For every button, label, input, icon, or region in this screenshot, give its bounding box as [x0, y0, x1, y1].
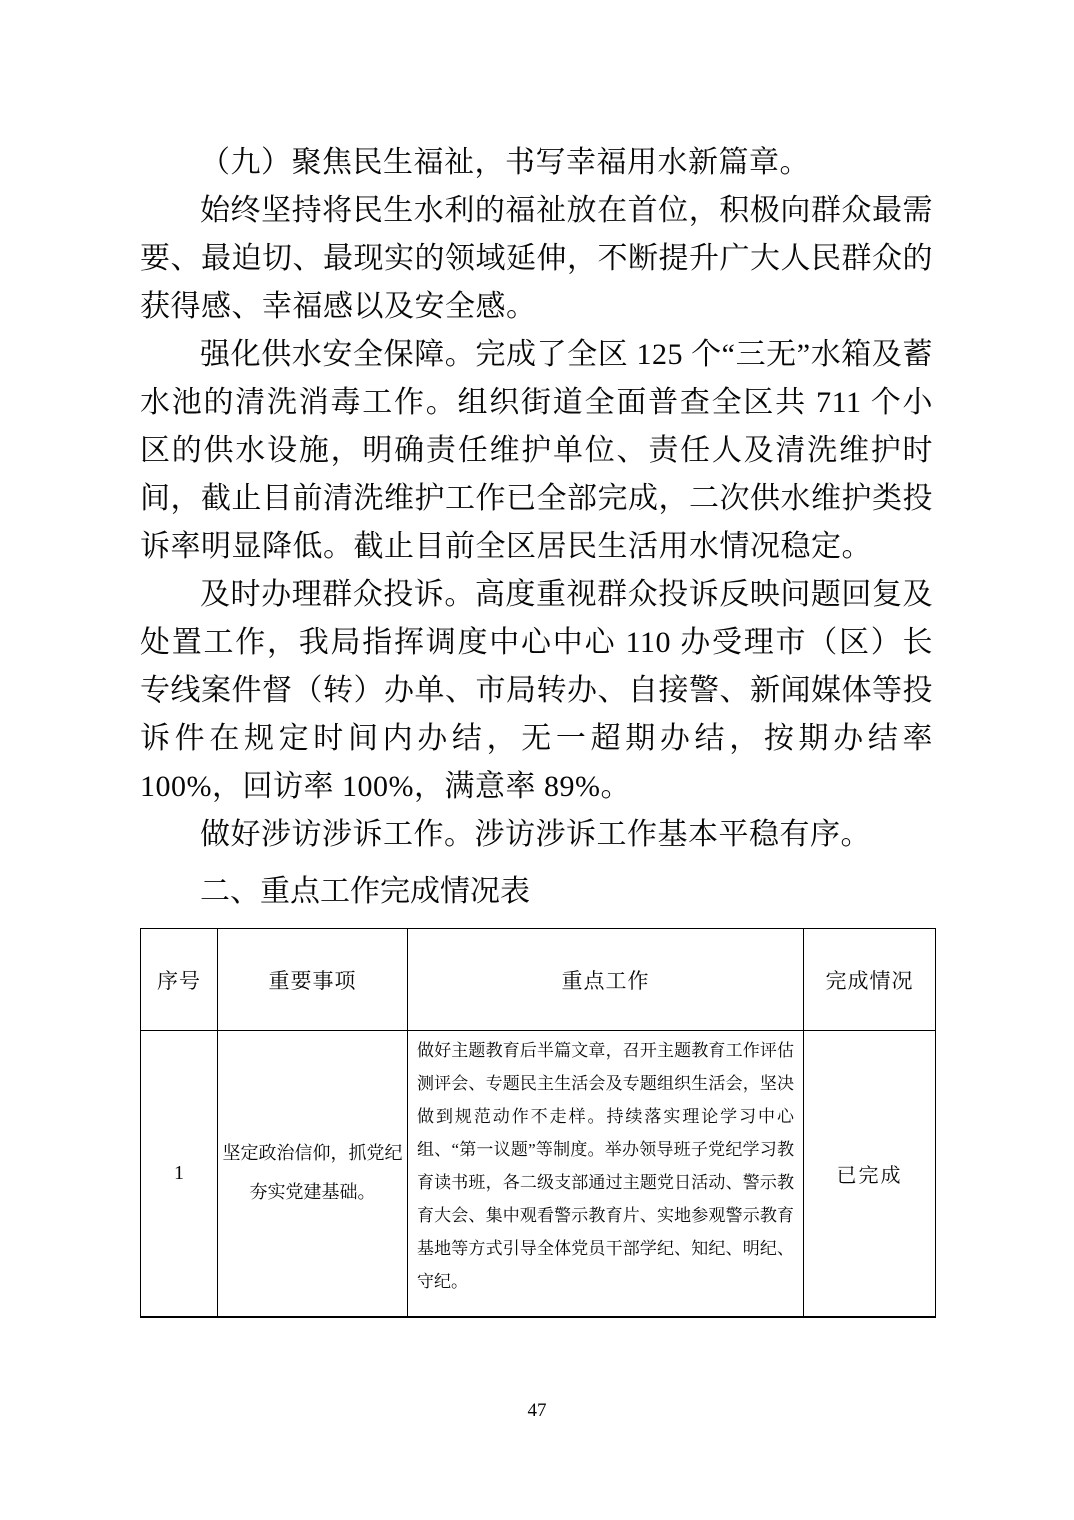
- section-heading-key-work-table: 二、重点工作完成情况表: [140, 868, 933, 916]
- paragraph-livelihood-commitment: 始终坚持将民生水利的福祉放在首位，积极向群众最需要、最迫切、最现实的领域延伸，不…: [140, 187, 933, 331]
- document-content: （九）聚焦民生福祉，书写幸福用水新篇章。 始终坚持将民生水利的福祉放在首位，积极…: [140, 139, 933, 1318]
- column-header-completion-status: 完成情况: [804, 929, 936, 1031]
- column-header-key-work: 重点工作: [408, 929, 804, 1031]
- page-number: 47: [0, 1400, 1074, 1422]
- paragraph-section-9-heading: （九）聚焦民生福祉，书写幸福用水新篇章。: [140, 139, 933, 187]
- key-work-completion-table: 序号 重要事项 重点工作 完成情况 1 坚定政治信仰，抓党纪夯实党建基础。 做好…: [140, 928, 936, 1318]
- paragraph-complaint-handling: 及时办理群众投诉。高度重视群众投诉反映问题回复及处置工作，我局指挥调度中心中心 …: [140, 571, 933, 811]
- cell-completion-status: 已完成: [804, 1031, 936, 1317]
- table-header-row: 序号 重要事项 重点工作 完成情况: [141, 929, 936, 1031]
- cell-key-work: 做好主题教育后半篇文章，召开主题教育工作评估测评会、专题民主生活会及专题组织生活…: [408, 1031, 804, 1317]
- cell-important-item: 坚定政治信仰，抓党纪夯实党建基础。: [218, 1031, 408, 1317]
- column-header-important-item: 重要事项: [218, 929, 408, 1031]
- document-page: （九）聚焦民生福祉，书写幸福用水新篇章。 始终坚持将民生水利的福祉放在首位，积极…: [0, 0, 1074, 1520]
- table-row: 1 坚定政治信仰，抓党纪夯实党建基础。 做好主题教育后半篇文章，召开主题教育工作…: [141, 1031, 936, 1317]
- paragraph-water-supply-safety: 强化供水安全保障。完成了全区 125 个“三无”水箱及蓄水池的清洗消毒工作。组织…: [140, 331, 933, 571]
- paragraph-petition-work: 做好涉访涉诉工作。涉访涉诉工作基本平稳有序。: [140, 811, 933, 859]
- column-header-serial-no: 序号: [141, 929, 218, 1031]
- cell-serial-no: 1: [141, 1031, 218, 1317]
